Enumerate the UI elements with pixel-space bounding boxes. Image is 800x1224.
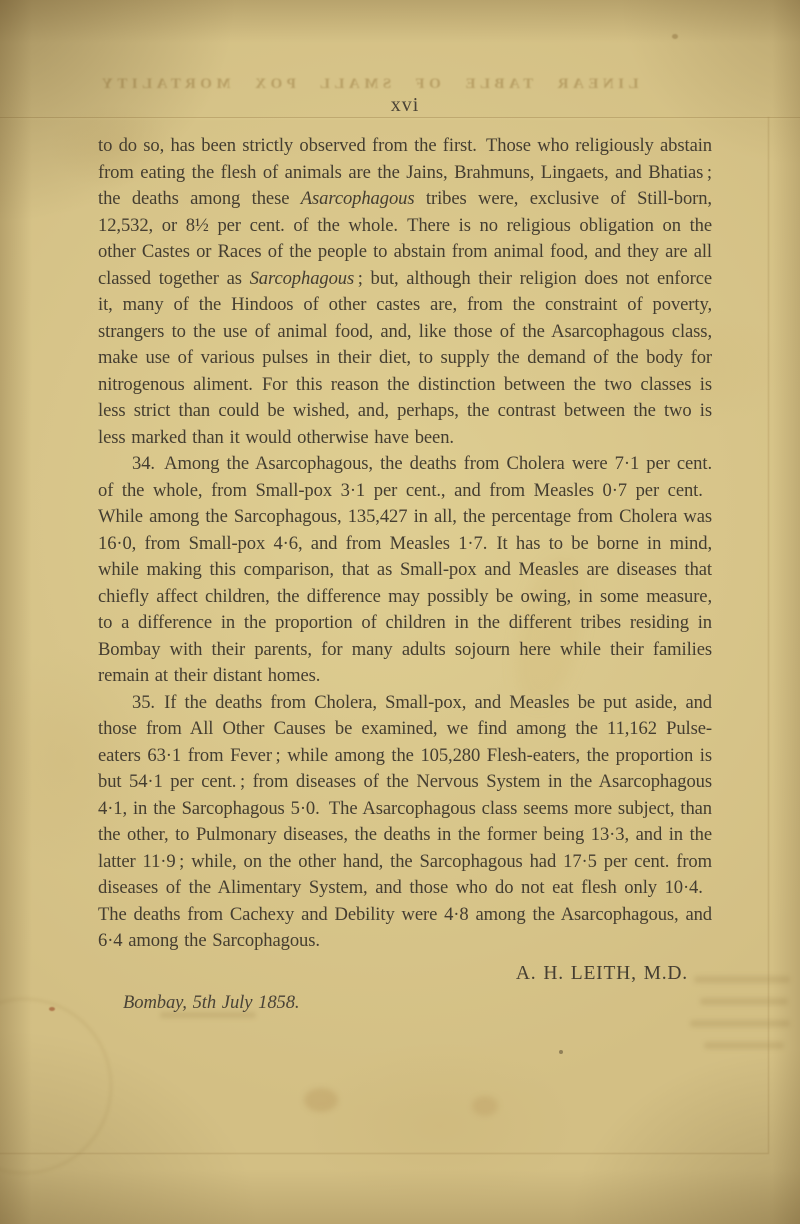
- book-page: LINEAR TABLE OF SMALL POX MORTALITY xvi …: [0, 0, 800, 1224]
- stain: [304, 1088, 338, 1112]
- page-number: xvi: [98, 94, 712, 117]
- arc-stain: [0, 998, 112, 1174]
- paragraph: 34. Among the Asarcophagous, the deaths …: [98, 451, 712, 690]
- show-through-smudge: [700, 998, 788, 1005]
- signature: A. H. LEITH, M.D.: [98, 961, 712, 988]
- text-block: to do so, has been strictly observed fro…: [98, 133, 712, 1017]
- show-through-smudge: [704, 1042, 784, 1049]
- paragraph: to do so, has been strictly observed fro…: [98, 133, 712, 451]
- paragraphs: to do so, has been strictly observed fro…: [98, 133, 712, 955]
- show-through-smudge: [690, 1020, 790, 1027]
- stain: [472, 1096, 498, 1116]
- show-through-frame-top-line: [0, 117, 800, 118]
- dateline: Bombay, 5th July 1858.: [98, 990, 712, 1017]
- stain: [672, 34, 678, 39]
- paragraph: 35. If the deaths from Cholera, Small-po…: [98, 690, 712, 955]
- show-through-running-title: LINEAR TABLE OF SMALL POX MORTALITY: [68, 76, 668, 93]
- red-fleck: [49, 1007, 55, 1011]
- dark-fleck: [559, 1050, 563, 1054]
